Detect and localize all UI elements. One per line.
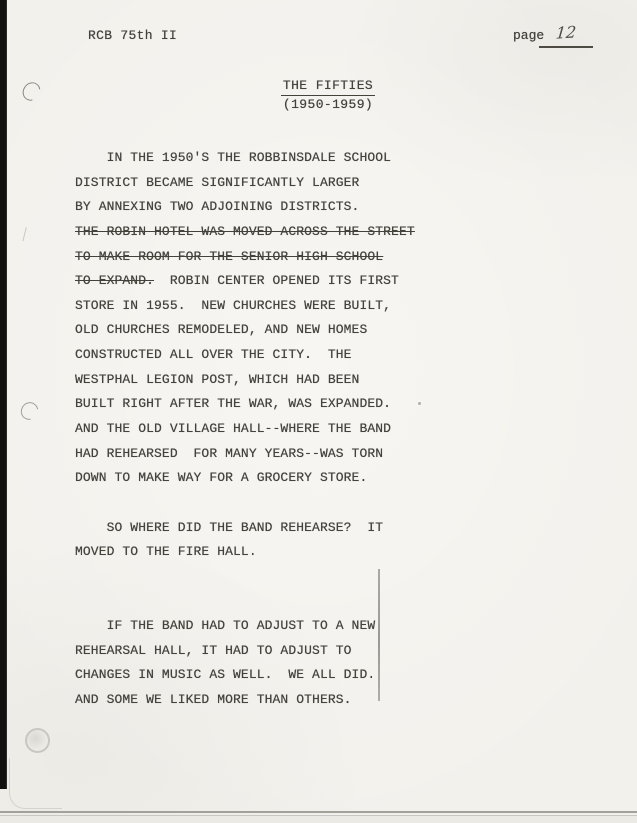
text-segment: SO WHERE DID THE BAND REHEARSE? IT xyxy=(75,520,383,535)
text-line: MOVED TO THE FIRE HALL. xyxy=(75,540,415,565)
page-corner-curl xyxy=(9,758,62,809)
scanned-document-page: RCB 75th II page 12 THE FIFTIES (1950-19… xyxy=(0,0,637,823)
text-segment: ROBIN CENTER OPENED ITS FIRST xyxy=(154,273,399,288)
text-line: BY ANNEXING TWO ADJOINING DISTRICTS. xyxy=(75,195,415,220)
text-segment: AND SOME WE LIKED MORE THAN OTHERS. xyxy=(75,692,352,707)
paragraph: IN THE 1950'S THE ROBBINSDALE SCHOOLDIST… xyxy=(75,146,415,491)
text-segment: WESTPHAL LEGION POST, WHICH HAD BEEN xyxy=(75,372,359,387)
text-line: THE ROBIN HOTEL WAS MOVED ACROSS THE STR… xyxy=(75,220,415,245)
text-line: IN THE 1950'S THE ROBBINSDALE SCHOOL xyxy=(75,146,415,171)
struck-out-text: TO EXPAND. xyxy=(75,273,154,288)
text-segment: BY ANNEXING TWO ADJOINING DISTRICTS. xyxy=(75,199,359,214)
chapter-title: THE FIFTIES xyxy=(281,77,375,96)
chapter-subtitle: (1950-1959) xyxy=(283,97,373,112)
text-segment: DISTRICT BECAME SIGNIFICANTLY LARGER xyxy=(75,175,359,190)
text-line: DISTRICT BECAME SIGNIFICANTLY LARGER xyxy=(75,171,415,196)
text-segment: HAD REHEARSED FOR MANY YEARS--WAS TORN xyxy=(75,446,383,461)
body-text: IN THE 1950'S THE ROBBINSDALE SCHOOLDIST… xyxy=(75,146,415,713)
text-segment: STORE IN 1955. NEW CHURCHES WERE BUILT, xyxy=(75,298,391,313)
text-line: REHEARSAL HALL, IT HAD TO ADJUST TO xyxy=(75,639,415,664)
paragraph: IF THE BAND HAD TO ADJUST TO A NEWREHEAR… xyxy=(75,614,415,713)
page-label: page xyxy=(513,28,544,43)
text-segment: BUILT RIGHT AFTER THE WAR, WAS EXPANDED. xyxy=(75,396,391,411)
text-line: WESTPHAL LEGION POST, WHICH HAD BEEN xyxy=(75,368,415,393)
text-segment: OLD CHURCHES REMODELED, AND NEW HOMES xyxy=(75,322,367,337)
paragraph: SO WHERE DID THE BAND REHEARSE? ITMOVED … xyxy=(75,516,415,565)
text-line: STORE IN 1955. NEW CHURCHES WERE BUILT, xyxy=(75,294,415,319)
punch-hole-arc-icon xyxy=(17,399,41,423)
document-code: RCB 75th II xyxy=(88,28,177,43)
text-line: IF THE BAND HAD TO ADJUST TO A NEW xyxy=(75,614,415,639)
struck-out-text: THE ROBIN HOTEL WAS MOVED ACROSS THE STR… xyxy=(75,224,415,239)
text-segment: AND THE OLD VILLAGE HALL--WHERE THE BAND xyxy=(75,421,391,436)
scan-bottom-margin xyxy=(0,816,637,823)
faint-circle-mark-icon xyxy=(25,728,50,753)
pencil-scribble-icon xyxy=(22,227,33,243)
text-line: HAD REHEARSED FOR MANY YEARS--WAS TORN xyxy=(75,442,415,467)
text-line: DOWN TO MAKE WAY FOR A GROCERY STORE. xyxy=(75,466,415,491)
struck-out-text: TO MAKE ROOM FOR THE SENIOR HIGH SCHOOL xyxy=(75,249,383,264)
text-line: BUILT RIGHT AFTER THE WAR, WAS EXPANDED. xyxy=(75,392,415,417)
page-number-underline xyxy=(539,46,593,48)
text-line: CHANGES IN MUSIC AS WELL. WE ALL DID. xyxy=(75,663,415,688)
text-line: AND THE OLD VILLAGE HALL--WHERE THE BAND xyxy=(75,417,415,442)
text-line: OLD CHURCHES REMODELED, AND NEW HOMES xyxy=(75,318,415,343)
chapter-title-block: THE FIFTIES (1950-1959) xyxy=(75,77,581,113)
stray-ink-dot xyxy=(418,402,421,405)
text-line: TO EXPAND. ROBIN CENTER OPENED ITS FIRST xyxy=(75,269,415,294)
punch-hole-arc-icon xyxy=(19,79,44,104)
text-line: TO MAKE ROOM FOR THE SENIOR HIGH SCHOOL xyxy=(75,245,415,270)
scan-left-edge xyxy=(0,0,7,789)
page-bottom-edge xyxy=(0,811,637,813)
handwritten-page-number: 12 xyxy=(545,22,587,43)
text-line: SO WHERE DID THE BAND REHEARSE? IT xyxy=(75,516,415,541)
text-segment: IF THE BAND HAD TO ADJUST TO A NEW xyxy=(75,618,375,633)
text-segment: IN THE 1950'S THE ROBBINSDALE SCHOOL xyxy=(75,150,391,165)
text-segment: MOVED TO THE FIRE HALL. xyxy=(75,544,257,559)
text-segment: REHEARSAL HALL, IT HAD TO ADJUST TO xyxy=(75,643,352,658)
text-line: CONSTRUCTED ALL OVER THE CITY. THE xyxy=(75,343,415,368)
text-segment: CONSTRUCTED ALL OVER THE CITY. THE xyxy=(75,347,352,362)
text-segment: DOWN TO MAKE WAY FOR A GROCERY STORE. xyxy=(75,470,367,485)
text-line: AND SOME WE LIKED MORE THAN OTHERS. xyxy=(75,688,415,713)
text-segment: CHANGES IN MUSIC AS WELL. WE ALL DID. xyxy=(75,667,375,682)
